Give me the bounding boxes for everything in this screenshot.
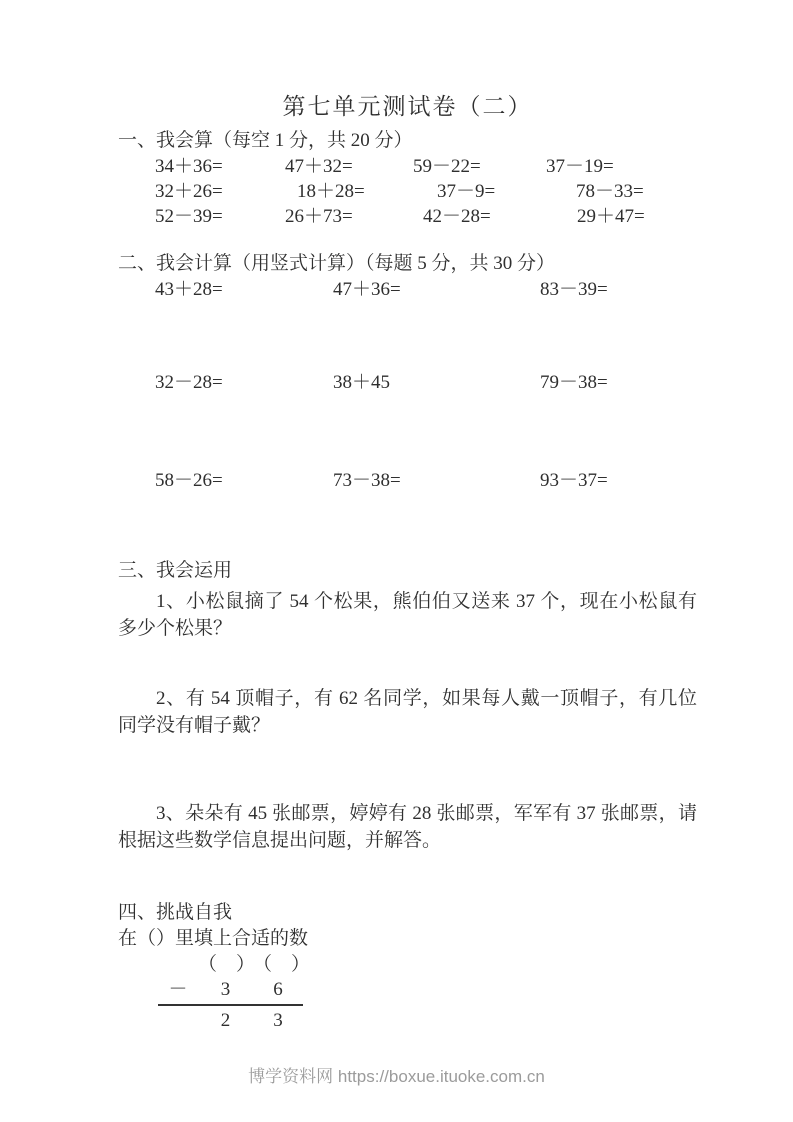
worksheet-page: 第七单元测试卷（二） 一、我会算（每空 1 分，共 20 分） 34＋36= 4…	[0, 0, 793, 1122]
math-problem: 59－22=	[413, 154, 546, 179]
puzzle-blank: （ ）	[198, 952, 253, 977]
puzzle-result: 2	[198, 1008, 253, 1033]
puzzle-operand: 3	[198, 977, 253, 1002]
math-problem: 78－33=	[576, 179, 697, 204]
math-problem: 29＋47=	[577, 204, 697, 229]
section-2-row: 58－26= 73－38= 93－37=	[118, 468, 697, 493]
spacer	[158, 1008, 198, 1033]
math-problem: 58－26=	[155, 468, 333, 493]
spacer	[158, 952, 198, 977]
math-problem: 37－19=	[546, 154, 697, 179]
word-problem-1: 1、小松鼠摘了 54 个松果，熊伯伯又送来 37 个，现在小松鼠有多少个松果？	[118, 588, 697, 642]
math-problem: 37－9=	[437, 179, 576, 204]
puzzle-operand: 6	[253, 977, 303, 1002]
section-1-heading: 一、我会算（每空 1 分，共 20 分）	[118, 128, 697, 154]
math-problem: 73－38=	[333, 468, 540, 493]
section-1-row: 32＋26= 18＋28= 37－9= 78－33=	[118, 179, 697, 204]
section-1-row: 52－39= 26＋73= 42－28= 29＋47=	[118, 204, 697, 229]
math-problem: 42－28=	[423, 204, 577, 229]
word-problem-3: 3、朵朵有 45 张邮票，婷婷有 28 张邮票，军军有 37 张邮票，请根据这些…	[118, 800, 697, 854]
math-problem: 47＋36=	[333, 277, 540, 302]
math-problem: 93－37=	[540, 468, 697, 493]
section-1-row: 34＋36= 47＋32= 59－22= 37－19=	[118, 154, 697, 179]
word-problem-2: 2、有 54 顶帽子，有 62 名同学，如果每人戴一顶帽子，有几位同学没有帽子戴…	[118, 685, 697, 739]
section-4-instruction: 在（）里填上合适的数	[118, 926, 697, 952]
section-3-heading: 三、我会运用	[118, 558, 697, 584]
page-title: 第七单元测试卷（二）	[118, 92, 697, 122]
math-problem: 34＋36=	[155, 154, 285, 179]
minus-sign: －	[158, 977, 198, 1002]
math-problem: 26＋73=	[285, 204, 423, 229]
section-4-heading: 四、挑战自我	[118, 900, 697, 926]
worksheet-content: 第七单元测试卷（二） 一、我会算（每空 1 分，共 20 分） 34＋36= 4…	[0, 0, 793, 1033]
puzzle-blank: （ ）	[253, 952, 303, 977]
math-problem: 32＋26=	[155, 179, 297, 204]
math-problem: 18＋28=	[297, 179, 437, 204]
math-problem: 38＋45	[333, 370, 540, 395]
section-2-row: 32－28= 38＋45 79－38=	[118, 370, 697, 395]
section-2-row: 43＋28= 47＋36= 83－39=	[118, 277, 697, 302]
math-problem: 79－38=	[540, 370, 697, 395]
puzzle-result-row: 2 3	[158, 1008, 697, 1033]
vertical-subtraction-puzzle: （ ） （ ） － 3 6 2 3	[158, 952, 697, 1033]
watermark-footer: 博学资料网 https://boxue.ituoke.com.cn	[0, 1065, 793, 1089]
puzzle-operand-row: － 3 6	[158, 977, 697, 1002]
puzzle-blanks-row: （ ） （ ）	[158, 952, 697, 977]
math-problem: 47＋32=	[285, 154, 413, 179]
subtraction-rule-line	[158, 1004, 303, 1006]
math-problem: 32－28=	[155, 370, 333, 395]
math-problem: 83－39=	[540, 277, 697, 302]
section-2-heading: 二、我会计算（用竖式计算）（每题 5 分，共 30 分）	[118, 251, 697, 277]
puzzle-result: 3	[253, 1008, 303, 1033]
math-problem: 43＋28=	[155, 277, 333, 302]
math-problem: 52－39=	[155, 204, 285, 229]
